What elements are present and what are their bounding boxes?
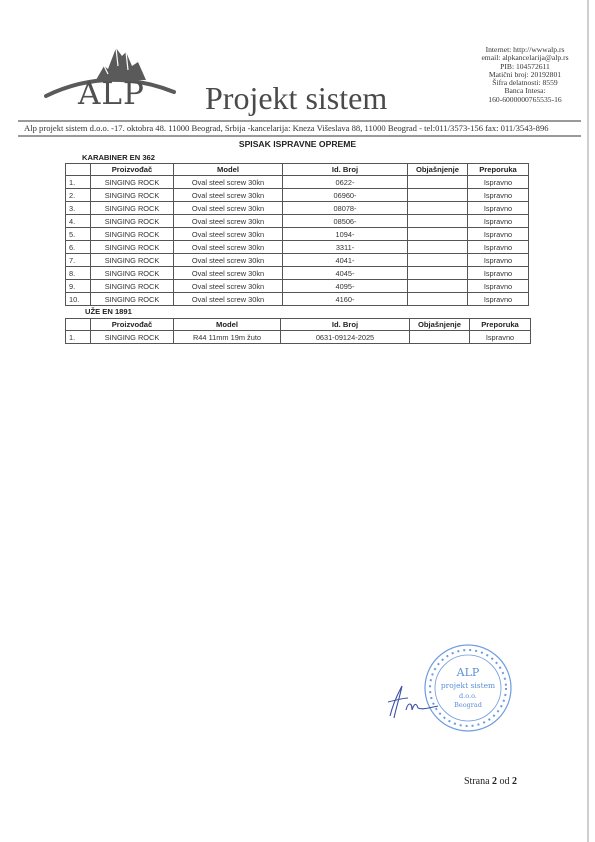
table-row: 10.SINGING ROCKOval steel screw 30kn4160… <box>66 293 529 306</box>
table-row: 7.SINGING ROCKOval steel screw 30kn4041-… <box>66 254 529 267</box>
stamp-line-1: ALP <box>456 666 480 679</box>
cell-model: R44 11mm 19m žuto <box>174 331 281 344</box>
cell-recommendation: Ispravno <box>468 215 529 228</box>
cell-model: Oval steel screw 30kn <box>174 189 283 202</box>
col-header-model: Model <box>174 164 283 176</box>
cell-id-number: 0622- <box>283 176 408 189</box>
col-header-id: Id. Broj <box>283 164 408 176</box>
table-header-row: Proizvođač Model Id. Broj Objašnjenje Pr… <box>66 319 531 331</box>
cell-note <box>408 202 468 215</box>
cell-manufacturer: SINGING ROCK <box>91 228 174 241</box>
cell-note <box>408 267 468 280</box>
cell-number: 8. <box>66 267 91 280</box>
page-sep: od <box>500 776 510 787</box>
cell-model: Oval steel screw 30kn <box>174 202 283 215</box>
cell-recommendation: Ispravno <box>468 293 529 306</box>
cell-model: Oval steel screw 30kn <box>174 267 283 280</box>
brand-title: Projekt sistem <box>205 80 387 117</box>
equipment-table-uze: Proizvođač Model Id. Broj Objašnjenje Pr… <box>65 318 531 344</box>
contact-info: Internet: http://wwwalp.rs email: alpkan… <box>450 46 595 104</box>
cell-manufacturer: SINGING ROCK <box>91 280 174 293</box>
table-row: 3.SINGING ROCKOval steel screw 30kn08078… <box>66 202 529 215</box>
cell-note <box>410 331 470 344</box>
cell-manufacturer: SINGING ROCK <box>91 241 174 254</box>
cell-recommendation: Ispravno <box>468 189 529 202</box>
cell-number: 1. <box>66 176 91 189</box>
cell-note <box>408 189 468 202</box>
col-header-no <box>66 319 91 331</box>
cell-id-number: 0631-09124-2025 <box>281 331 410 344</box>
col-header-note: Objašnjenje <box>410 319 470 331</box>
contact-account: 160-6000000765535-16 <box>450 96 595 104</box>
stamp-line-4: Beograd <box>454 701 482 709</box>
table-row: 5.SINGING ROCKOval steel screw 30kn1094-… <box>66 228 529 241</box>
cell-number: 6. <box>66 241 91 254</box>
col-header-id: Id. Broj <box>281 319 410 331</box>
cell-recommendation: Ispravno <box>468 202 529 215</box>
cell-manufacturer: SINGING ROCK <box>91 215 174 228</box>
table-row: 1.SINGING ROCKR44 11mm 19m žuto0631-0912… <box>66 331 531 344</box>
cell-note <box>408 215 468 228</box>
page-prefix: Strana <box>464 776 490 787</box>
table-body: 1.SINGING ROCKOval steel screw 30kn0622-… <box>66 176 529 306</box>
table-row: 2.SINGING ROCKOval steel screw 30kn06960… <box>66 189 529 202</box>
cell-number: 10. <box>66 293 91 306</box>
cell-id-number: 08506- <box>283 215 408 228</box>
cell-recommendation: Ispravno <box>468 176 529 189</box>
table-row: 1.SINGING ROCKOval steel screw 30kn0622-… <box>66 176 529 189</box>
cell-number: 2. <box>66 189 91 202</box>
page-total: 2 <box>512 776 517 787</box>
cell-recommendation: Ispravno <box>468 228 529 241</box>
cell-manufacturer: SINGING ROCK <box>91 293 174 306</box>
col-header-no <box>66 164 91 176</box>
cell-number: 4. <box>66 215 91 228</box>
stamp-line-2: projekt sistem <box>441 681 495 690</box>
cell-number: 1. <box>66 331 91 344</box>
signature-icon <box>382 680 442 722</box>
cell-model: Oval steel screw 30kn <box>174 241 283 254</box>
cell-id-number: 3311- <box>283 241 408 254</box>
cell-model: Oval steel screw 30kn <box>174 228 283 241</box>
cell-note <box>408 293 468 306</box>
document-title: SPISAK ISPRAVNE OPREME <box>0 139 595 149</box>
cell-id-number: 06960- <box>283 189 408 202</box>
cell-note <box>408 176 468 189</box>
page-current: 2 <box>492 776 497 787</box>
cell-model: Oval steel screw 30kn <box>174 254 283 267</box>
section-label-uze: UŽE EN 1891 <box>85 307 132 316</box>
col-header-manufacturer: Proizvođač <box>91 319 174 331</box>
equipment-table-karabiner: Proizvođač Model Id. Broj Objašnjenje Pr… <box>65 163 529 306</box>
cell-number: 7. <box>66 254 91 267</box>
page-edge <box>587 0 589 842</box>
col-header-recommendation: Preporuka <box>468 164 529 176</box>
cell-model: Oval steel screw 30kn <box>174 293 283 306</box>
cell-manufacturer: SINGING ROCK <box>91 254 174 267</box>
address-bar: Alp projekt sistem d.o.o. -17. oktobra 4… <box>18 120 581 137</box>
stamp-line-3: d.o.o. <box>459 692 477 700</box>
cell-number: 9. <box>66 280 91 293</box>
cell-note <box>408 228 468 241</box>
col-header-model: Model <box>174 319 281 331</box>
table-row: 6.SINGING ROCKOval steel screw 30kn3311-… <box>66 241 529 254</box>
table-body: 1.SINGING ROCKR44 11mm 19m žuto0631-0912… <box>66 331 531 344</box>
cell-id-number: 1094- <box>283 228 408 241</box>
address-text: Alp projekt sistem d.o.o. -17. oktobra 4… <box>24 123 549 133</box>
col-header-manufacturer: Proizvođač <box>91 164 174 176</box>
page-number: Strana 2 od 2 <box>464 776 517 787</box>
table-row: 4.SINGING ROCKOval steel screw 30kn08506… <box>66 215 529 228</box>
table-row: 8.SINGING ROCKOval steel screw 30kn4045-… <box>66 267 529 280</box>
table-row: 9.SINGING ROCKOval steel screw 30kn4095-… <box>66 280 529 293</box>
col-header-recommendation: Preporuka <box>470 319 531 331</box>
cell-manufacturer: SINGING ROCK <box>91 189 174 202</box>
logo-text: ALP <box>78 76 145 112</box>
cell-id-number: 4041- <box>283 254 408 267</box>
cell-manufacturer: SINGING ROCK <box>91 202 174 215</box>
cell-manufacturer: SINGING ROCK <box>91 267 174 280</box>
table-header-row: Proizvođač Model Id. Broj Objašnjenje Pr… <box>66 164 529 176</box>
section-label-karabiner: KARABINER EN 362 <box>82 153 155 162</box>
cell-id-number: 08078- <box>283 202 408 215</box>
cell-id-number: 4095- <box>283 280 408 293</box>
cell-note <box>408 254 468 267</box>
cell-recommendation: Ispravno <box>468 254 529 267</box>
cell-id-number: 4160- <box>283 293 408 306</box>
cell-model: Oval steel screw 30kn <box>174 280 283 293</box>
cell-manufacturer: SINGING ROCK <box>91 331 174 344</box>
cell-recommendation: Ispravno <box>468 267 529 280</box>
cell-model: Oval steel screw 30kn <box>174 176 283 189</box>
cell-id-number: 4045- <box>283 267 408 280</box>
cell-number: 3. <box>66 202 91 215</box>
cell-number: 5. <box>66 228 91 241</box>
cell-recommendation: Ispravno <box>470 331 531 344</box>
cell-recommendation: Ispravno <box>468 241 529 254</box>
cell-model: Oval steel screw 30kn <box>174 215 283 228</box>
cell-recommendation: Ispravno <box>468 280 529 293</box>
cell-note <box>408 241 468 254</box>
cell-note <box>408 280 468 293</box>
cell-manufacturer: SINGING ROCK <box>91 176 174 189</box>
col-header-note: Objašnjenje <box>408 164 468 176</box>
